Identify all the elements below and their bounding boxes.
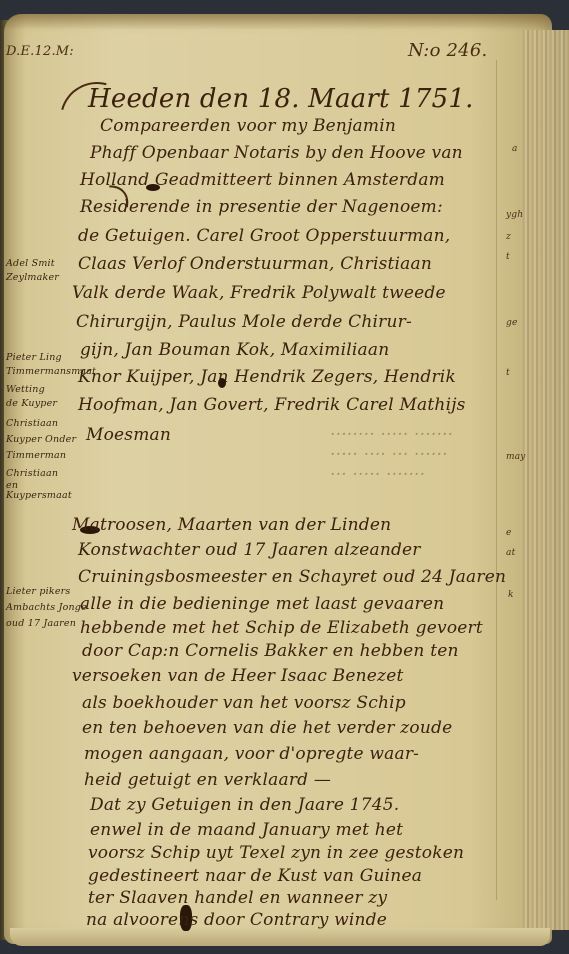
margin-note: de Kuyper [6, 398, 57, 409]
faded-text: ..... .... ... ...... [330, 440, 448, 460]
body-line: gijn, Jan Bouman Kok, Maximiliaan [80, 340, 389, 360]
margin-note: oud 17 Jaaren [6, 618, 76, 629]
body-line: Hoofman, Jan Govert, Fredrik Carel Mathi… [78, 395, 466, 415]
body-line: Cruiningsbosmeester en Schayret oud 24 J… [78, 567, 506, 587]
body-line: alle in die bedieninge met laast gevaare… [80, 594, 444, 614]
body-line: Valk derde Waak, Fredrik Polywalt tweede [72, 283, 446, 303]
right-margin-note: ge [506, 318, 518, 328]
margin-note: Zeylmaker [6, 272, 59, 283]
body-line: Moesman [86, 425, 171, 445]
body-line: Matroosen, Maarten van der Linden [72, 515, 391, 535]
faded-text: ... ..... ....... [330, 460, 425, 480]
margin-note: Lieter pikers [6, 586, 71, 597]
body-line: Chirurgijn, Paulus Mole derde Chirur- [76, 312, 412, 332]
body-line: Phaff Openbaar Notaris by den Hoove van [90, 143, 463, 163]
margin-note: Adel Smit [6, 258, 55, 269]
body-line: enwel in de maand January met het [90, 820, 403, 840]
right-margin-note: t [506, 368, 510, 378]
margin-note: Wetting [6, 384, 45, 395]
body-line: door Cap:n Cornelis Bakker en hebben ten [82, 641, 459, 661]
margin-note: Christiaan [6, 418, 58, 429]
margin-note: Pieter Ling [6, 352, 62, 363]
body-line: Residerende in presentie der Nagenoem: [80, 197, 443, 217]
body-line: hebbende met het Schip de Elizabeth gevo… [80, 618, 483, 638]
body-line: voorsz Schip uyt Texel zyn in zee gestok… [88, 843, 464, 863]
margin-note: Timmerman [6, 450, 66, 461]
right-margin-note: at [506, 548, 515, 558]
body-line: versoeken van de Heer Isaac Benezet [72, 666, 404, 686]
body-line: heid getuigt en verklaard — [84, 770, 331, 790]
body-line: Knor Kuijper, Jan Hendrik Zegers, Hendri… [78, 367, 456, 387]
page-fore-edge [521, 30, 569, 930]
faded-text: ........ ..... ....... [330, 420, 453, 440]
right-margin-note: ygh [506, 210, 523, 220]
ink-blot [218, 378, 226, 388]
margin-note: Timmermansmaat [6, 366, 96, 377]
header-left-annotation: D.E.12.M: [6, 44, 74, 59]
body-line: als boekhouder van het voorsz Schip [82, 693, 406, 713]
margin-ruling [496, 60, 497, 900]
right-margin-note: k [508, 590, 514, 600]
margin-note: Kuyper Onder [6, 434, 76, 445]
right-margin-note: t [506, 252, 510, 262]
margin-note: Kuypersmaat [6, 490, 72, 501]
body-line: Holland Geadmitteert binnen Amsterdam [80, 170, 445, 190]
body-line: Konstwachter oud 17 Jaaren alzeander [78, 540, 421, 560]
body-line: en ten behoeven van die het verder zoude [82, 718, 452, 738]
page-bottom-edge [10, 928, 550, 946]
ink-blot [146, 184, 160, 191]
body-line: mogen aangaan, voor d'opregte waar- [84, 744, 419, 764]
body-line: Claas Verlof Onderstuurman, Christiaan [78, 254, 432, 274]
right-margin-note: a [512, 144, 518, 154]
page-top-edge [4, 14, 552, 30]
right-margin-note: e [506, 528, 512, 538]
right-margin-note: z [506, 232, 511, 242]
body-line: Dat zy Getuigen in den Jaare 1745. [90, 795, 399, 815]
body-line: Compareerden voor my Benjamin [100, 116, 396, 136]
body-line: gedestineert naar de Kust van Guinea [88, 866, 422, 886]
body-line: ter Slaaven handel en wanneer zy [88, 888, 387, 908]
right-margin-note: may [506, 452, 526, 462]
body-line: de Getuigen. Carel Groot Opperstuurman, [78, 226, 450, 246]
margin-note: Christiaan [6, 468, 58, 479]
date-heading: Heeden den 18. Maart 1751. [88, 84, 474, 114]
folio-number: N:o 246. [408, 40, 487, 61]
margin-note: Ambachts Jonge [6, 602, 87, 613]
body-line: na alvoorens door Contrary winde [86, 910, 387, 930]
